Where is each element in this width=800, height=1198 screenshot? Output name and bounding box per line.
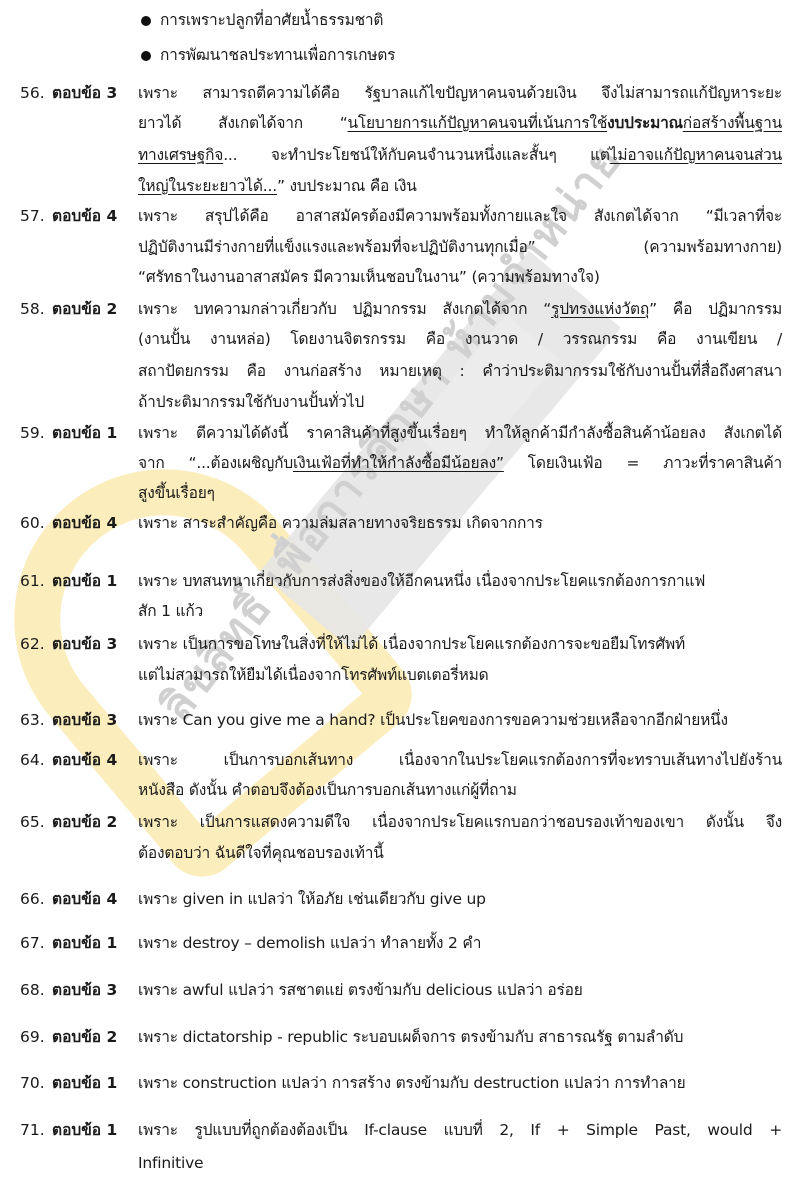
answer-number: 58. — [20, 299, 45, 319]
answer-choice-label: ตอบข้อ 4 — [52, 513, 117, 533]
underlined-quote: รูปทรงแห่งวัตถุ — [551, 300, 649, 318]
answer-key-document: การเพราะปลูกที่อาศัยน้ำธรรมชาติการพัฒนาช… — [0, 0, 800, 1198]
explanation-line: เพราะ ตีความได้ดังนี้ ราคาสินค้าที่สูงขึ… — [138, 423, 782, 443]
text-run: ต้องตอบว่า ฉันดีใจที่คุณชอบรองเท้านี้ — [138, 844, 384, 862]
text-run: เพราะ dictatorship - republic ระบอบเผด็จ… — [138, 1028, 683, 1046]
explanation-line: เพราะ destroy – demolish แปลว่า ทำลายทั้… — [138, 933, 481, 953]
underlined-quote: นโยบายการแก้ปัญหาคนจนที่เน้นการใช้ — [348, 114, 608, 132]
explanation-line: ปฏิบัติงานมีร่างกายที่แข็งแรงและพร้อมที่… — [138, 237, 782, 257]
explanation-line: เพราะ เป็นการแสดงความดีใจ เนื่องจากประโย… — [138, 812, 782, 832]
answer-choice-label: ตอบข้อ 1 — [52, 423, 117, 443]
text-run: เพราะ เป็นการขอโทษในสิ่งที่ให้ไม่ได้ เนื… — [138, 635, 685, 653]
text-run: เพราะ บทสนทนาเกี่ยวกับการส่งสิ่งของให้อี… — [138, 572, 705, 590]
explanation-line: เพราะ awful แปลว่า รสชาตแย่ ตรงข้ามกับ d… — [138, 980, 583, 1000]
explanation-line: ใหญ่ในระยะยาวได้...” งบประมาณ คือ เงิน — [138, 176, 417, 196]
underlined-quote: ใหญ่ในระยะยาวได้... — [138, 177, 277, 195]
explanation-line: หนังสือ ดังนั้น คำตอบจึงต้องเป็นการบอกเส… — [138, 780, 517, 800]
text-run: ” คือ ปฏิมากรรม — [649, 300, 782, 318]
answer-choice-label: ตอบข้อ 4 — [52, 206, 117, 226]
text-run: เพราะ destroy – demolish แปลว่า ทำลายทั้… — [138, 934, 481, 952]
answer-choice-label: ตอบข้อ 3 — [52, 980, 117, 1000]
text-run: ยาวได้ สังเกตได้จาก “ — [138, 114, 348, 132]
answer-choice-label: ตอบข้อ 1 — [52, 933, 117, 953]
explanation-line: สถาปัตยกรรม คือ งานก่อสร้าง หมายเหตุ : ค… — [138, 361, 782, 381]
text-run: ปฏิบัติงานมีร่างกายที่แข็งแรงและพร้อมที่… — [138, 238, 782, 256]
text-run: สัก 1 แก้ว — [138, 602, 203, 620]
explanation-line: เพราะ given in แปลว่า ให้อภัย เช่นเดียวก… — [138, 889, 486, 909]
answer-choice-label: ตอบข้อ 4 — [52, 750, 117, 770]
text-run: ... จะทำประโยชน์ให้กับคนจำนวนหนึ่งและสั้… — [223, 146, 610, 164]
bullet-dot-icon — [141, 16, 151, 26]
bullet-item: การพัฒนาชลประทานเพื่อการเกษตร — [160, 45, 395, 65]
text-run: สถาปัตยกรรม คือ งานก่อสร้าง หมายเหตุ : ค… — [138, 362, 782, 380]
text-run: เพราะ สรุปได้คือ อาสาสมัครต้องมีความพร้อ… — [138, 207, 782, 225]
explanation-line: ทางเศรษฐกิจ... จะทำประโยชน์ให้กับคนจำนวน… — [138, 145, 782, 165]
text-run: สูงขึ้นเรื่อยๆ — [138, 484, 215, 502]
answer-choice-label: ตอบข้อ 3 — [52, 634, 117, 654]
text-run: เพราะ awful แปลว่า รสชาตแย่ ตรงข้ามกับ d… — [138, 981, 583, 999]
explanation-line: เพราะ รูปแบบที่ถูกต้องต้องเป็น If-clause… — [138, 1120, 782, 1140]
explanation-line: เพราะ บทสนทนาเกี่ยวกับการส่งสิ่งของให้อี… — [138, 571, 705, 591]
answer-choice-label: ตอบข้อ 1 — [52, 1073, 117, 1093]
text-run: แต่ไม่สามารถให้ยืมได้เนื่องจากโทรศัพท์แบ… — [138, 666, 489, 684]
explanation-line: เพราะ เป็นการขอโทษในสิ่งที่ให้ไม่ได้ เนื… — [138, 634, 685, 654]
text-run: Infinitive — [138, 1154, 203, 1172]
underlined-quote: ไม่อาจแก้ปัญหาคนจนส่วน — [610, 146, 782, 164]
underlined-quote: ทางเศรษฐกิจ — [138, 146, 223, 164]
explanation-line: Infinitive — [138, 1153, 203, 1173]
answer-number: 62. — [20, 634, 45, 654]
answer-number: 69. — [20, 1027, 45, 1047]
text-run: เพราะ given in แปลว่า ให้อภัย เช่นเดียวก… — [138, 890, 486, 908]
explanation-line: สัก 1 แก้ว — [138, 601, 203, 621]
explanation-line: แต่ไม่สามารถให้ยืมได้เนื่องจากโทรศัพท์แบ… — [138, 665, 489, 685]
text-run: เพราะ construction แปลว่า การสร้าง ตรงข้… — [138, 1074, 686, 1092]
answer-number: 65. — [20, 812, 45, 832]
answer-number: 66. — [20, 889, 45, 909]
underlined-quote: ก่อสร้างพื้นฐาน — [683, 114, 782, 132]
answer-number: 67. — [20, 933, 45, 953]
text-run: เพราะ Can you give me a hand? เป็นประโยค… — [138, 711, 728, 729]
answer-choice-label: ตอบข้อ 3 — [52, 710, 117, 730]
explanation-line: เพราะ สาระสำคัญคือ ความล่มสลายทางจริยธรร… — [138, 513, 543, 533]
explanation-line: เพราะ construction แปลว่า การสร้าง ตรงข้… — [138, 1073, 686, 1093]
text-run: (งานปั้น งานหล่อ) โดยงานจิตรกรรม คือ งาน… — [138, 330, 782, 348]
explanation-line: เพราะ สามารถตีความได้คือ รัฐบาลแก้ไขปัญห… — [138, 83, 782, 103]
explanation-line: เพราะ สรุปได้คือ อาสาสมัครต้องมีความพร้อ… — [138, 206, 782, 226]
answer-number: 59. — [20, 423, 45, 443]
answer-number: 60. — [20, 513, 45, 533]
explanation-line: จาก “...ต้องเผชิญกับเงินเฟ้อที่ทำให้กำลั… — [138, 453, 782, 473]
answer-choice-label: ตอบข้อ 2 — [52, 812, 117, 832]
explanation-line: เพราะ Can you give me a hand? เป็นประโยค… — [138, 710, 728, 730]
bullet-item: การเพราะปลูกที่อาศัยน้ำธรรมชาติ — [160, 10, 383, 30]
answer-choice-label: ตอบข้อ 2 — [52, 299, 117, 319]
explanation-line: ต้องตอบว่า ฉันดีใจที่คุณชอบรองเท้านี้ — [138, 843, 384, 863]
explanation-line: สูงขึ้นเรื่อยๆ — [138, 483, 215, 503]
bold-keyword: งบประมาณ — [607, 114, 683, 132]
answer-number: 68. — [20, 980, 45, 1000]
answer-choice-label: ตอบข้อ 1 — [52, 571, 117, 591]
text-run: ” งบประมาณ คือ เงิน — [277, 177, 417, 195]
text-run: หนังสือ ดังนั้น คำตอบจึงต้องเป็นการบอกเส… — [138, 781, 517, 799]
explanation-line: ถ้าประติมากรรมใช้กับงานปั้นทั่วไป — [138, 392, 364, 412]
explanation-line: ยาวได้ สังเกตได้จาก “นโยบายการแก้ปัญหาคน… — [138, 113, 782, 133]
text-run: เพราะ สาระสำคัญคือ ความล่มสลายทางจริยธรร… — [138, 514, 543, 532]
text-run: ถ้าประติมากรรมใช้กับงานปั้นทั่วไป — [138, 393, 364, 411]
text-run: เพราะ บทความกล่าวเกี่ยวกับ ปฏิมากรรม สัง… — [138, 300, 551, 318]
underlined-quote: เงินเฟ้อที่ทำให้กำลังซื้อมีน้อยลง” — [293, 454, 504, 472]
text-run: “ศรัทธาในงานอาสาสมัคร มีความเห็นชอบในงาน… — [138, 268, 600, 286]
explanation-line: เพราะ เป็นการบอกเส้นทาง เนื่องจากในประโย… — [138, 750, 782, 770]
answer-number: 63. — [20, 710, 45, 730]
explanation-line: (งานปั้น งานหล่อ) โดยงานจิตรกรรม คือ งาน… — [138, 329, 782, 349]
text-run: เพราะ เป็นการบอกเส้นทาง เนื่องจากในประโย… — [138, 751, 782, 769]
text-run: จาก “...ต้องเผชิญกับ — [138, 454, 293, 472]
answer-number: 64. — [20, 750, 45, 770]
answer-number: 56. — [20, 83, 45, 103]
answer-choice-label: ตอบข้อ 3 — [52, 83, 117, 103]
explanation-line: เพราะ dictatorship - republic ระบอบเผด็จ… — [138, 1027, 683, 1047]
answer-number: 61. — [20, 571, 45, 591]
answer-choice-label: ตอบข้อ 1 — [52, 1120, 117, 1140]
explanation-line: เพราะ บทความกล่าวเกี่ยวกับ ปฏิมากรรม สัง… — [138, 299, 782, 319]
text-run: เพราะ รูปแบบที่ถูกต้องต้องเป็น If-clause… — [138, 1121, 782, 1139]
text-run: เพราะ ตีความได้ดังนี้ ราคาสินค้าที่สูงขึ… — [138, 424, 782, 442]
text-run: เพราะ เป็นการแสดงความดีใจ เนื่องจากประโย… — [138, 813, 782, 831]
answer-choice-label: ตอบข้อ 2 — [52, 1027, 117, 1047]
bullet-dot-icon — [141, 51, 151, 61]
answer-number: 70. — [20, 1073, 45, 1093]
explanation-line: “ศรัทธาในงานอาสาสมัคร มีความเห็นชอบในงาน… — [138, 267, 600, 287]
answer-number: 71. — [20, 1120, 45, 1140]
answer-choice-label: ตอบข้อ 4 — [52, 889, 117, 909]
answer-number: 57. — [20, 206, 45, 226]
text-run: เพราะ สามารถตีความได้คือ รัฐบาลแก้ไขปัญห… — [138, 84, 782, 102]
text-run: โดยเงินเฟ้อ = ภาวะที่ราคาสินค้า — [504, 454, 782, 472]
